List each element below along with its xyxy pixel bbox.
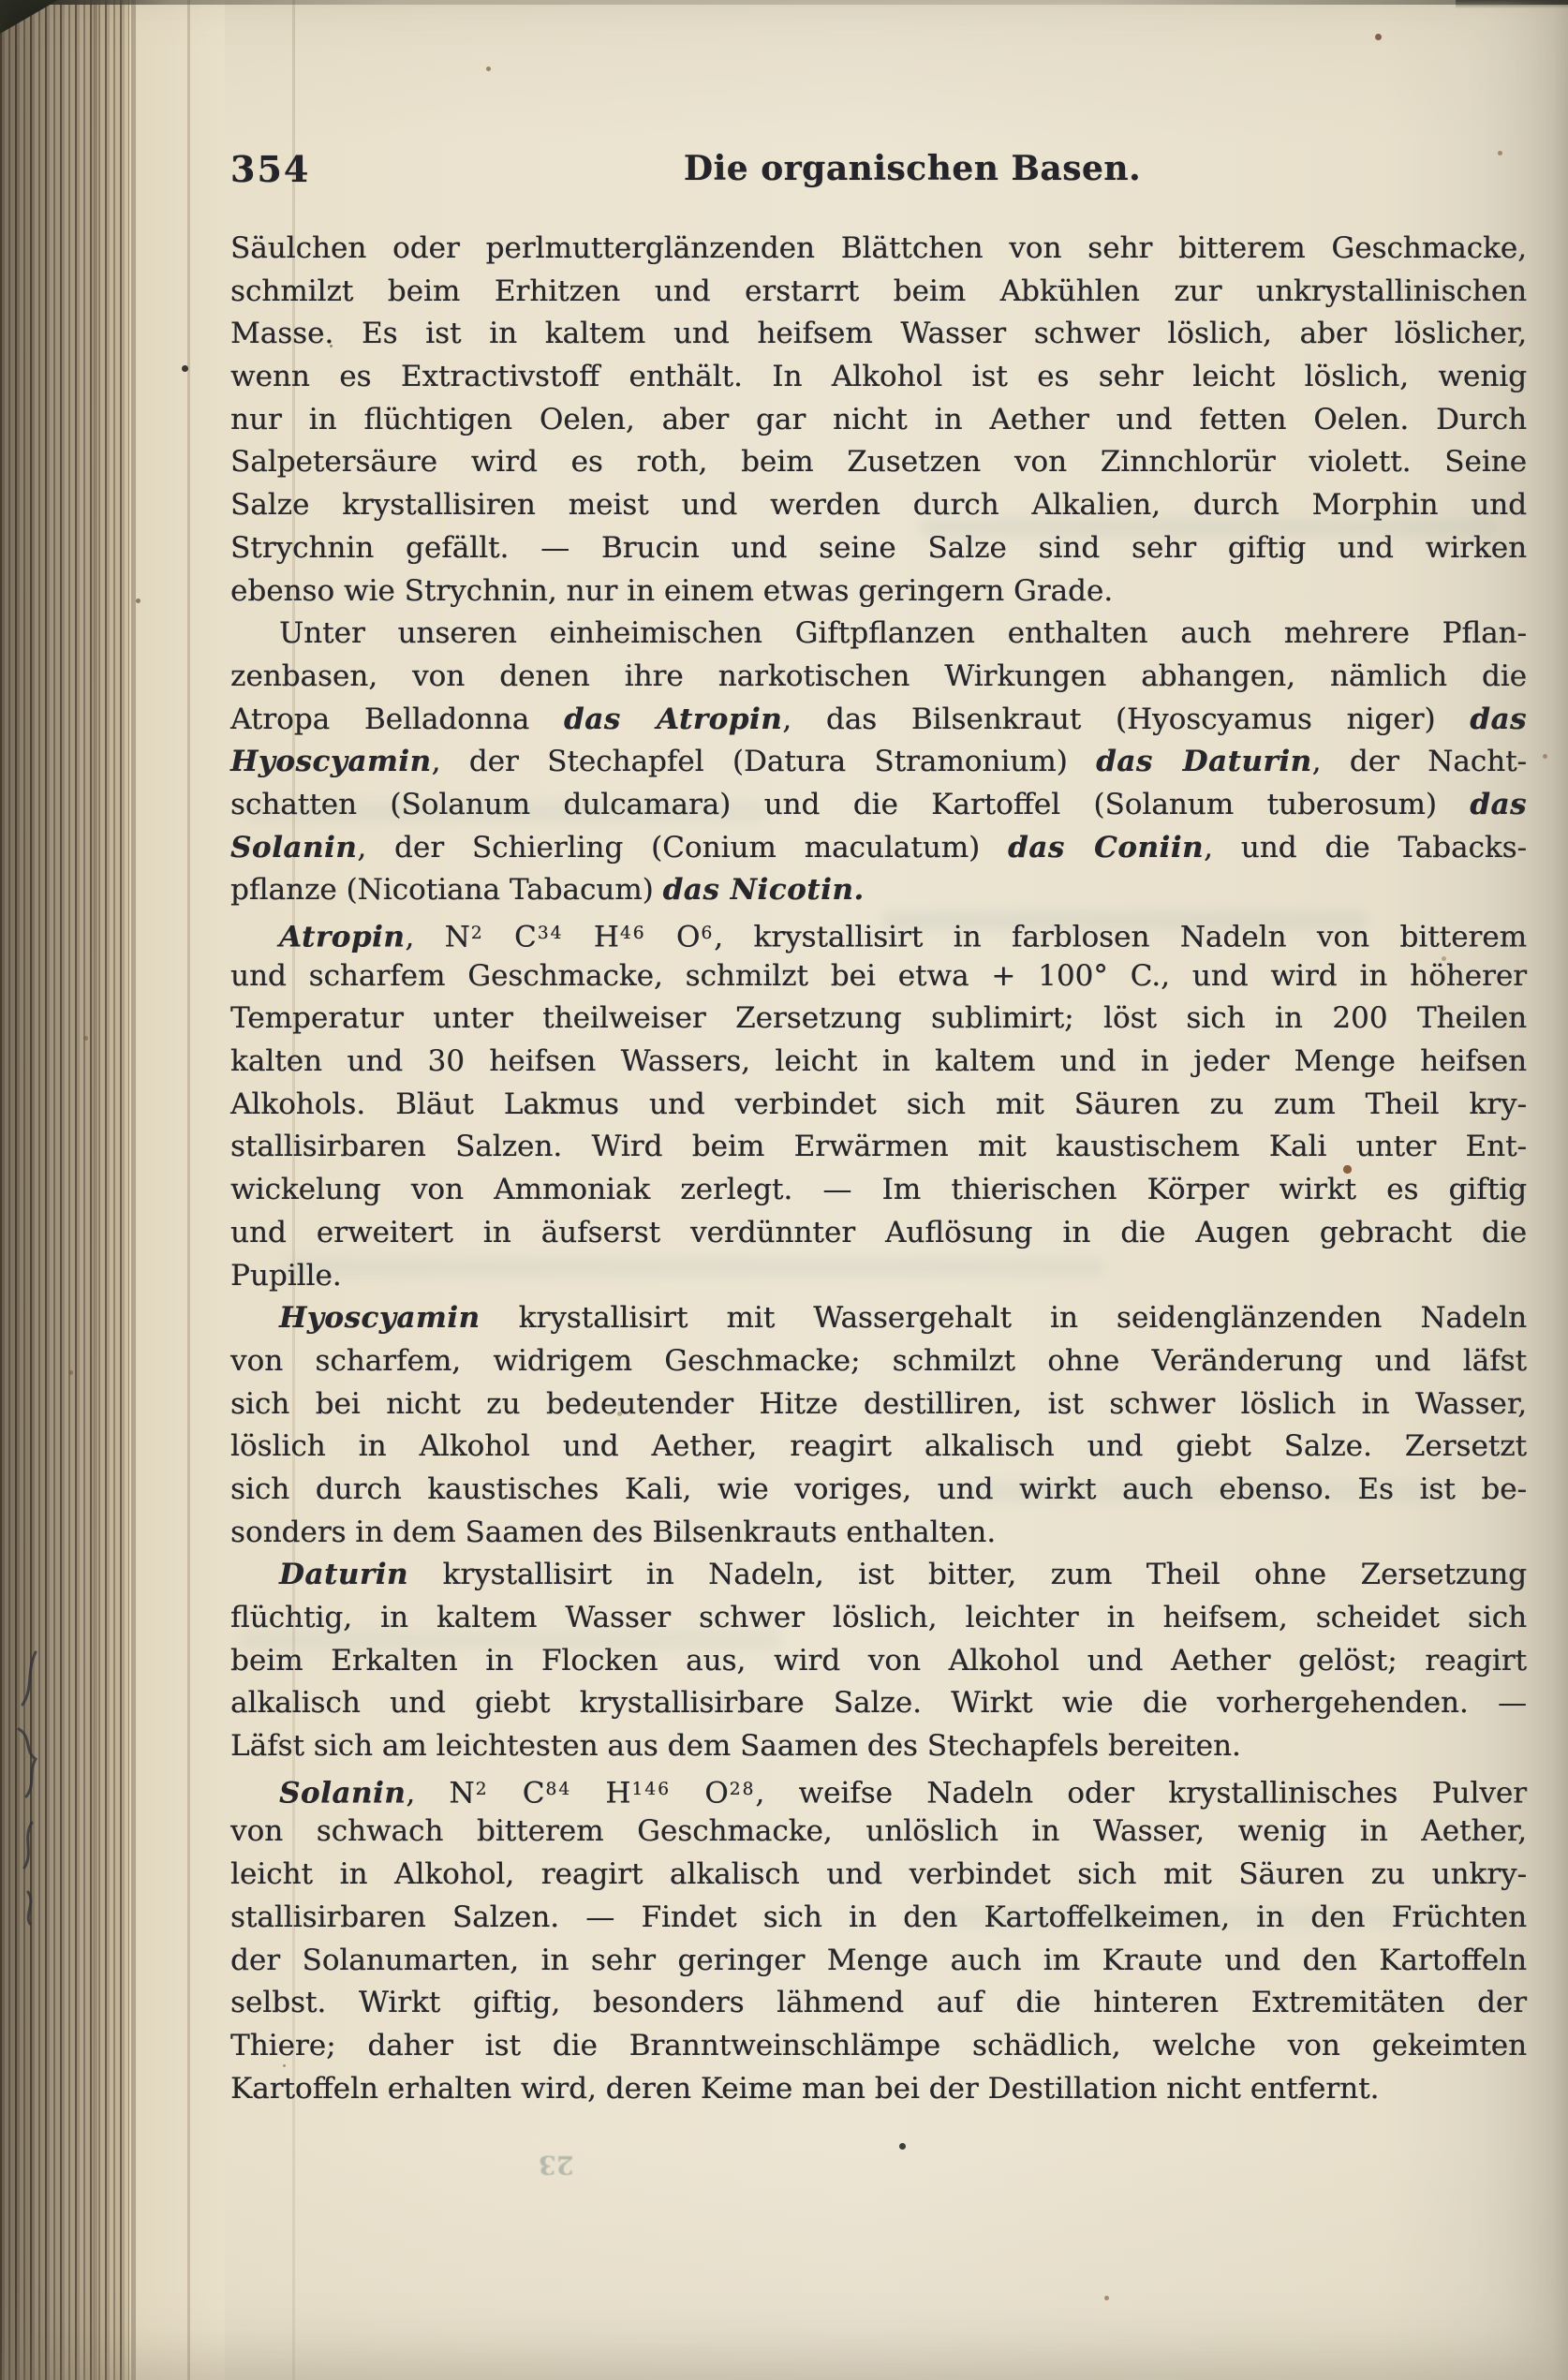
signature-mark-show-through: 23 <box>539 2150 574 2179</box>
emphasized-term: Daturin <box>279 1558 408 1591</box>
book-binding-edge <box>0 0 225 2380</box>
text-line: schatten (Solanum dulcamara) und die Kar… <box>230 784 1527 827</box>
formula-superscript: 28 <box>730 1780 756 1799</box>
formula-superscript: 6 <box>701 924 714 943</box>
fore-edge-ink-marks <box>7 1647 49 1928</box>
text-line: sonders in dem Saamen des Bilsenkrauts e… <box>230 1512 1527 1555</box>
formula-superscript: 84 <box>545 1780 571 1799</box>
text-line: wenn es Extractivstoff enthält. In Alkoh… <box>230 356 1527 399</box>
text-line: Hyoscyamin krystallisirt mit Wassergehal… <box>230 1297 1527 1340</box>
text-segment: stallisirbaren Salzen. Wird beim Erwärme… <box>230 1130 1527 1163</box>
page-crease <box>187 0 190 2380</box>
text-segment: kalten und 30 heifsen Wassers, leicht in… <box>230 1044 1527 1078</box>
text-segment: krystallisirt mit Wassergehalt in seiden… <box>481 1301 1527 1335</box>
text-segment: ebenso wie Strychnin, nur in einem etwas… <box>230 574 1113 608</box>
text-segment: flüchtig, in kaltem Wasser schwer löslic… <box>230 1601 1527 1634</box>
text-line: Thiere; daher ist die Branntweinschlämpe… <box>230 2025 1527 2068</box>
text-segment: , der Schierling (Conium maculatum) <box>357 831 1008 865</box>
text-segment: Atropa Belladonna <box>230 702 564 736</box>
text-line: stallisirbaren Salzen. — Findet sich in … <box>230 1897 1527 1940</box>
text-segment: , der Nacht- <box>1312 745 1527 778</box>
text-line: selbst. Wirkt giftig, besonders lähmend … <box>230 1982 1527 2025</box>
text-segment: , weifse Nadeln oder krystallinisches Pu… <box>755 1776 1527 1810</box>
text-segment: stallisirbaren Salzen. — Findet sich in … <box>230 1900 1527 1934</box>
text-segment: Unter unseren einheimischen Giftpflanzen… <box>279 616 1527 650</box>
text-segment: Pupille. <box>230 1259 342 1293</box>
text-line: Salpetersäure wird es roth, beim Zusetze… <box>230 441 1527 484</box>
text-segment: von schwach bitterem Geschmacke, unlösli… <box>230 1814 1527 1848</box>
text-line: Daturin krystallisirt in Nadeln, ist bit… <box>230 1554 1527 1597</box>
text-line: Hyoscyamin, der Stechapfel (Datura Stram… <box>230 741 1527 784</box>
emphasized-term: Solanin <box>279 1776 406 1810</box>
text-line: Atropa Belladonna das Atropin, das Bilse… <box>230 699 1527 742</box>
running-title: Die organischen Basen. <box>684 149 1141 188</box>
text-line: flüchtig, in kaltem Wasser schwer löslic… <box>230 1597 1527 1640</box>
emphasized-term: Hyoscyamin <box>279 1301 481 1335</box>
text-segment: zenbasen, von denen ihre narkotischen Wi… <box>230 659 1527 693</box>
text-segment: H <box>571 1776 630 1810</box>
text-segment: Säulchen oder perlmutterglänzenden Blätt… <box>230 231 1527 265</box>
text-segment: pflanze (Nicotiana Tabacum) <box>230 873 663 907</box>
text-segment: und scharfem Geschmacke, schmilzt bei et… <box>230 959 1527 993</box>
text-line: von scharfem, widrigem Geschmacke; schmi… <box>230 1340 1527 1383</box>
paragraph: Hyoscyamin krystallisirt mit Wassergehal… <box>230 1297 1527 1554</box>
text-segment: C <box>488 1776 544 1810</box>
text-segment: Strychnin gefällt. — Brucin und seine Sa… <box>230 531 1527 565</box>
text-line: Unter unseren einheimischen Giftpflanzen… <box>230 613 1527 656</box>
text-segment: , der Stechapfel (Datura Stramonium) <box>432 745 1097 778</box>
text-line: alkalisch und giebt krystallisirbare Sal… <box>230 1682 1527 1725</box>
text-segment: Salze krystallisiren meist und werden du… <box>230 488 1527 522</box>
text-segment: löslich in Alkohol und Aether, reagirt a… <box>230 1429 1527 1463</box>
text-segment: Läfst sich am leichtesten aus dem Saamen… <box>230 1729 1241 1763</box>
text-line: Alkohols. Bläut Lakmus und verbindet sic… <box>230 1084 1527 1127</box>
text-line: Solanin, N2 C84 H146 O28, weifse Nadeln … <box>230 1768 1527 1811</box>
text-segment: , das Bilsenkraut (Hyoscyamus niger) <box>782 702 1470 736</box>
scan-corner-dark <box>1456 0 1568 8</box>
emphasized-term: das Nicotin. <box>663 873 865 907</box>
text-line: löslich in Alkohol und Aether, reagirt a… <box>230 1426 1527 1469</box>
emphasized-term: Hyoscyamin <box>230 745 432 778</box>
emphasized-term: das Coniin <box>1008 831 1204 865</box>
scan-top-edge <box>0 0 1568 5</box>
emphasized-term: Solanin <box>230 831 357 865</box>
text-segment: Temperatur unter theilweiser Zersetzung … <box>230 1001 1527 1035</box>
text-line: leicht in Alkohol, reagirt alkalisch und… <box>230 1854 1527 1897</box>
text-segment: schatten (Solanum dulcamara) und die Kar… <box>230 788 1470 821</box>
emphasized-term: das <box>1470 788 1527 821</box>
text-line: kalten und 30 heifsen Wassers, leicht in… <box>230 1041 1527 1084</box>
text-segment: beim Erkalten in Flocken aus, wird von A… <box>230 1644 1527 1678</box>
text-segment: Alkohols. Bläut Lakmus und verbindet sic… <box>230 1087 1527 1121</box>
emphasized-term: das Daturin <box>1096 745 1311 778</box>
text-segment: , N <box>405 920 469 953</box>
text-segment: sonders in dem Saamen des Bilsenkrauts e… <box>230 1515 996 1549</box>
text-line: Solanin, der Schierling (Conium maculatu… <box>230 827 1527 870</box>
paragraph: Atropin, N2 C34 H46 O6, krystallisirt in… <box>230 912 1527 1297</box>
text-line: Säulchen oder perlmutterglänzenden Blätt… <box>230 228 1527 271</box>
text-segment: wickelung von Ammoniak zerlegt. — Im thi… <box>230 1173 1527 1206</box>
text-line: und erweitert in äufserst verdünnter Auf… <box>230 1212 1527 1255</box>
text-segment: , krystallisirt in farblosen Nadeln von … <box>714 920 1527 953</box>
text-segment: nur in flüchtigen Oelen, aber gar nicht … <box>230 403 1527 436</box>
text-segment: schmilzt beim Erhitzen und erstarrt beim… <box>230 274 1527 308</box>
page-crease <box>131 0 136 2380</box>
text-line: sich bei nicht zu bedeutender Hitze dest… <box>230 1383 1527 1427</box>
text-line: der Solanumarten, in sehr geringer Menge… <box>230 1940 1527 1983</box>
text-line: Strychnin gefällt. — Brucin und seine Sa… <box>230 527 1527 570</box>
text-segment: von scharfem, widrigem Geschmacke; schmi… <box>230 1344 1527 1378</box>
emphasized-term: das Atropin <box>564 702 782 736</box>
paragraph: Säulchen oder perlmutterglänzenden Blätt… <box>230 228 1527 613</box>
text-segment: , und die Tabacks- <box>1204 831 1527 865</box>
text-segment: Kartoffeln erhalten wird, deren Keime ma… <box>230 2072 1379 2106</box>
formula-superscript: 146 <box>631 1780 671 1799</box>
text-line: Temperatur unter theilweiser Zersetzung … <box>230 998 1527 1041</box>
text-segment: der Solanumarten, in sehr geringer Menge… <box>230 1944 1527 1977</box>
text-segment: O <box>671 1776 729 1810</box>
text-segment: sich durch kaustisches Kali, wie voriges… <box>230 1472 1527 1506</box>
text-segment: krystallisirt in Nadeln, ist bitter, zum… <box>408 1558 1527 1591</box>
text-line: Atropin, N2 C34 H46 O6, krystallisirt in… <box>230 912 1527 955</box>
text-line: nur in flüchtigen Oelen, aber gar nicht … <box>230 399 1527 442</box>
text-line: pflanze (Nicotiana Tabacum) das Nicotin. <box>230 869 1527 912</box>
formula-superscript: 2 <box>471 924 484 943</box>
paragraph: Solanin, N2 C84 H146 O28, weifse Nadeln … <box>230 1768 1527 2111</box>
text-segment: sich bei nicht zu bedeutender Hitze dest… <box>230 1387 1527 1421</box>
page-edge-stripes <box>0 0 129 2380</box>
text-line: Läfst sich am leichtesten aus dem Saamen… <box>230 1725 1527 1768</box>
text-line: beim Erkalten in Flocken aus, wird von A… <box>230 1640 1527 1683</box>
emphasized-term: das <box>1470 702 1527 736</box>
text-segment: Salpetersäure wird es roth, beim Zusetze… <box>230 445 1527 479</box>
formula-superscript: 46 <box>620 924 646 943</box>
text-segment: , N <box>406 1776 474 1810</box>
paragraph: Unter unseren einheimischen Giftpflanzen… <box>230 613 1527 912</box>
text-line: Kartoffeln erhalten wird, deren Keime ma… <box>230 2068 1527 2111</box>
text-segment: und erweitert in äufserst verdünnter Auf… <box>230 1216 1527 1249</box>
text-line: schmilzt beim Erhitzen und erstarrt beim… <box>230 271 1527 314</box>
text-line: ebenso wie Strychnin, nur in einem etwas… <box>230 570 1527 613</box>
formula-superscript: 34 <box>538 924 564 943</box>
text-segment: O <box>646 920 701 953</box>
text-segment: H <box>563 920 618 953</box>
page-crease <box>94 0 97 2380</box>
text-segment: leicht in Alkohol, reagirt alkalisch und… <box>230 1857 1527 1891</box>
paragraph: Daturin krystallisirt in Nadeln, ist bit… <box>230 1554 1527 1767</box>
text-segment: alkalisch und giebt krystallisirbare Sal… <box>230 1686 1527 1720</box>
text-line: wickelung von Ammoniak zerlegt. — Im thi… <box>230 1169 1527 1212</box>
text-segment: C <box>484 920 537 953</box>
text-line: zenbasen, von denen ihre narkotischen Wi… <box>230 656 1527 699</box>
text-segment: wenn es Extractivstoff enthält. In Alkoh… <box>230 360 1527 393</box>
text-segment: Masse. Es ist in kaltem und heifsem Wass… <box>230 317 1527 350</box>
text-line: Pupille. <box>230 1255 1527 1298</box>
page-number: 354 <box>230 148 310 190</box>
emphasized-term: Atropin <box>279 920 405 953</box>
text-segment: Thiere; daher ist die Branntweinschlämpe… <box>230 2029 1527 2062</box>
formula-superscript: 2 <box>476 1780 489 1799</box>
text-line: von schwach bitterem Geschmacke, unlösli… <box>230 1811 1527 1854</box>
running-head: 354 Die organischen Basen. <box>230 148 1527 189</box>
foxing-specks <box>0 0 3 3</box>
text-line: stallisirbaren Salzen. Wird beim Erwärme… <box>230 1126 1527 1169</box>
text-line: und scharfem Geschmacke, schmilzt bei et… <box>230 955 1527 998</box>
text-block: Säulchen oder perlmutterglänzenden Blätt… <box>230 228 1527 2110</box>
text-line: Masse. Es ist in kaltem und heifsem Wass… <box>230 313 1527 356</box>
text-line: Salze krystallisiren meist und werden du… <box>230 484 1527 527</box>
text-line: sich durch kaustisches Kali, wie voriges… <box>230 1469 1527 1512</box>
text-segment: selbst. Wirkt giftig, besonders lähmend … <box>230 1986 1527 2019</box>
